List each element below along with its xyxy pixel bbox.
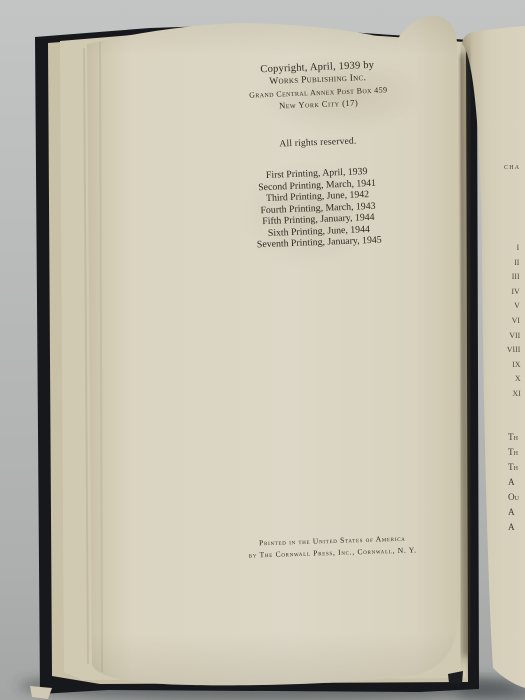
- copyright-block: Copyright, April, 1939 by Works Publishi…: [199, 57, 437, 113]
- chapter-numeral: VIII: [482, 343, 520, 358]
- chapter-header-fragment: CHA: [504, 165, 525, 171]
- chapter-numeral: V: [482, 299, 520, 314]
- chapter-numeral: VII: [482, 328, 520, 343]
- endpaper-sliver: [30, 686, 52, 699]
- story-title-column: Th Th Th A Ou A A: [508, 430, 525, 535]
- chapter-numeral: X: [483, 372, 521, 387]
- chapter-numeral: I: [481, 241, 519, 256]
- story-title-fragment: Th: [508, 460, 525, 475]
- story-title-fragment: Ou: [508, 490, 525, 505]
- chapter-numeral: IX: [482, 358, 520, 373]
- chapter-numeral: III: [481, 270, 519, 285]
- story-title-fragment: Th: [508, 430, 525, 445]
- book-photo: Copyright, April, 1939 by Works Publishi…: [0, 0, 525, 700]
- story-title-fragment: A: [508, 505, 525, 520]
- story-title-fragment: Th: [508, 445, 525, 460]
- chapter-numeral: IV: [482, 285, 520, 300]
- printing-history: First Printing, April, 1939 Second Print…: [199, 163, 438, 253]
- chapter-numeral: II: [481, 255, 519, 270]
- story-title-fragment: A: [508, 475, 525, 490]
- story-title-fragment: A: [508, 520, 525, 535]
- chapter-numeral: VI: [482, 314, 520, 329]
- chapter-numeral: XI: [483, 387, 521, 402]
- chapter-numeral-column: I II III IV V VI VII VIII IX X XI: [481, 241, 521, 402]
